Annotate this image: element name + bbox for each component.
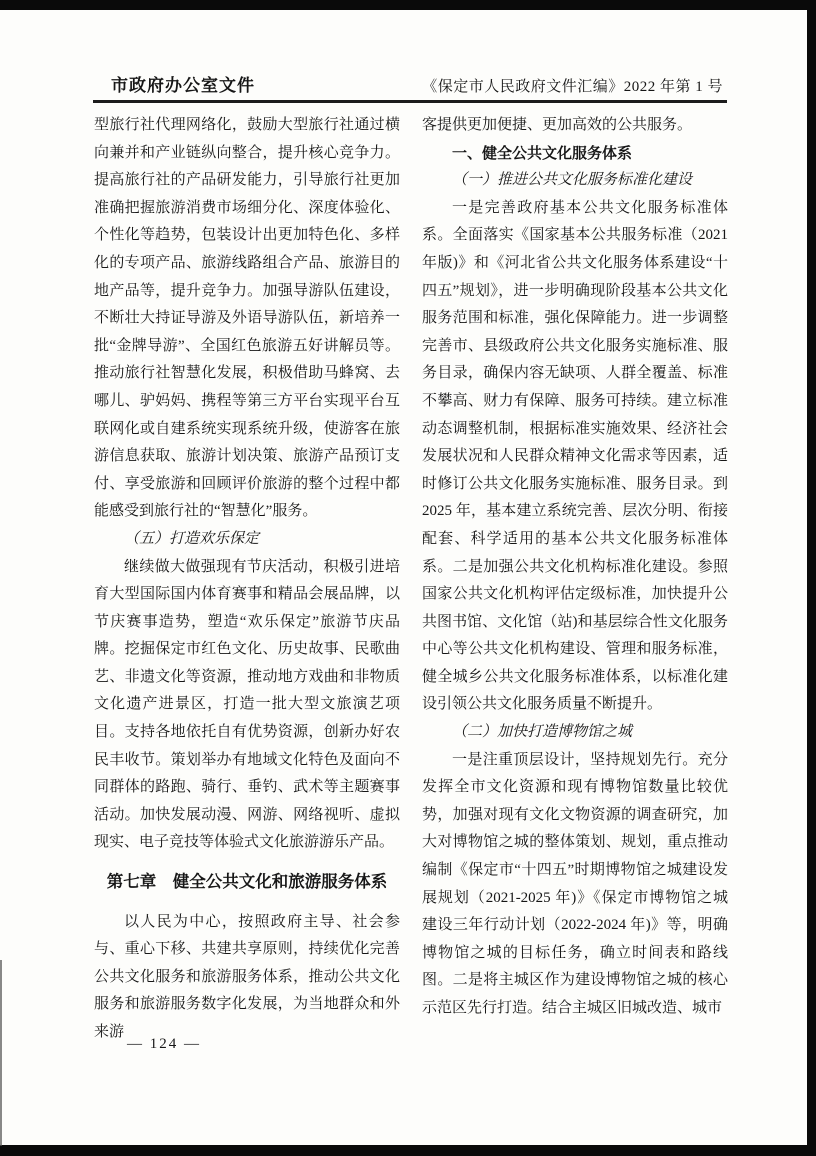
scan-edge-left — [0, 960, 2, 1146]
page-header: 市政府办公室文件 《保定市人民政府文件汇编》2022 年第 1 号 — [93, 68, 727, 98]
sub-section-heading: （二）加快打造博物馆之城 — [422, 719, 728, 747]
section-heading: 一、健全公共文化服务体系 — [422, 140, 728, 168]
paragraph: 以人民为中心，按照政府主导、社会参与、重心下移、共建共享原则，持续优化完善公共文… — [94, 909, 400, 1047]
paragraph: 一是完善政府基本公共文化服务标准体系。全面落实《国家基本公共服务标准（2021 … — [422, 195, 728, 719]
left-column: 型旅行社代理网络化，鼓励大型旅行社通过横向兼并和产业链纵向整合，提升核心竞争力。… — [94, 112, 400, 1047]
paragraph: 型旅行社代理网络化，鼓励大型旅行社通过横向兼并和产业链纵向整合，提升核心竞争力。… — [94, 112, 400, 526]
sub-section-heading: （五）打造欢乐保定 — [94, 526, 400, 554]
header-document-type: 市政府办公室文件 — [111, 71, 255, 96]
header-compilation-title: 《保定市人民政府文件汇编》2022 年第 1 号 — [422, 75, 723, 96]
right-column: 客提供更加便捷、更加高效的公共服务。一、健全公共文化服务体系（一）推进公共文化服… — [422, 112, 728, 1047]
page-number: — 124 — — [127, 1036, 201, 1053]
two-column-body: 型旅行社代理网络化，鼓励大型旅行社通过横向兼并和产业链纵向整合，提升核心竞争力。… — [94, 112, 728, 1047]
chapter-heading: 第七章 健全公共文化和旅游服务体系 — [94, 869, 400, 897]
document-page: 市政府办公室文件 《保定市人民政府文件汇编》2022 年第 1 号 型旅行社代理… — [0, 0, 816, 1156]
header-rule — [93, 100, 727, 103]
paragraph: 客提供更加便捷、更加高效的公共服务。 — [422, 112, 728, 140]
paragraph: 一是注重顶层设计，坚持规划先行。充分发挥全市文化资源和现有博物馆数量比较优势，加… — [422, 747, 728, 1023]
paragraph: 继续做大做强现有节庆活动，积极引进培育大型国际国内体育赛事和精品会展品牌，以节庆… — [94, 554, 400, 858]
scan-edge-right — [807, 0, 816, 1156]
sub-section-heading: （一）推进公共文化服务标准化建设 — [422, 167, 728, 195]
scan-edge-bottom — [0, 1145, 816, 1156]
scan-edge-top — [0, 0, 816, 10]
